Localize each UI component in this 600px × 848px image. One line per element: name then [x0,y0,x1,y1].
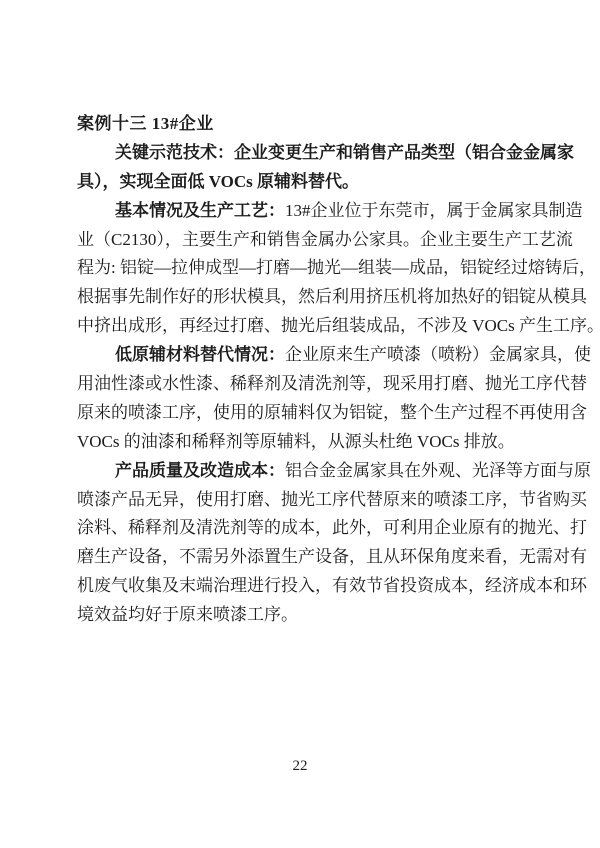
text-line: 喷漆产品无异，使用打磨、抛光工序代替原来的喷漆工序，节省购买 [77,486,524,515]
text-line: 产品质量及改造成本：铝合金金属家具在外观、光泽等方面与原 [77,457,524,486]
text-line: 涂料、稀释剂及清洗剂等的成本，此外，可利用企业原有的抛光、打 [77,514,524,543]
paragraph-material-substitution: 低原辅材料替代情况：企业原来生产喷漆（喷粉）金属家具，使 用油性漆或水性漆、稀释… [77,341,524,457]
document-page: 案例十三 13#企业 关键示范技术：企业变更生产和销售产品类型（铝合金金属家 具… [0,0,600,848]
paragraph-quality-and-cost: 产品质量及改造成本：铝合金金属家具在外观、光泽等方面与原 喷漆产品无异，使用打磨… [77,457,524,630]
text-line: 磨生产设备，不需另外添置生产设备，且从环保角度来看，无需对有 [77,543,524,572]
text-line: 用油性漆或水性漆、稀释剂及清洗剂等，现采用打磨、抛光工序代替 [77,370,524,399]
text-run: 13#企业位于东莞市，属于金属家具制造 [285,201,583,220]
text-line: VOCs 的油漆和稀释剂等原辅料，从源头杜绝 VOCs 排放。 [77,428,524,457]
paragraph-label: 基本情况及生产工艺： [115,201,285,220]
text-line: 基本情况及生产工艺：13#企业位于东莞市，属于金属家具制造 [77,197,524,226]
paragraph-label: 产品质量及改造成本： [115,461,285,480]
document-body: 案例十三 13#企业 关键示范技术：企业变更生产和销售产品类型（铝合金金属家 具… [77,110,524,630]
text-line: 程为: 铝锭—拉伸成型—打磨—抛光—组装—成品，铝锭经过熔铸后， [77,254,524,283]
paragraph-basic-info: 基本情况及生产工艺：13#企业位于东莞市，属于金属家具制造 业（C2130），主… [77,197,524,341]
text-run: 企业变更生产和销售产品类型（铝合金金属家 [234,143,574,162]
text-line: 机废气收集及末端治理进行投入，有效节省投资成本，经济成本和环 [77,572,524,601]
page-number: 22 [0,756,600,776]
text-run: 铝合金金属家具在外观、光泽等方面与原 [285,461,591,480]
text-line: 具），实现全面低 VOCs 原辅料替代。 [77,168,524,197]
case-heading: 案例十三 13#企业 [77,110,524,139]
paragraph-label: 关键示范技术： [115,143,234,162]
text-run: 企业原来生产喷漆（喷粉）金属家具，使 [285,345,591,364]
text-line: 中挤出成形，再经过打磨、抛光后组装成品，不涉及 VOCs 产生工序。 [77,312,524,341]
text-line: 境效益均好于原来喷漆工序。 [77,601,524,630]
text-line: 关键示范技术：企业变更生产和销售产品类型（铝合金金属家 [77,139,524,168]
text-line: 原来的喷漆工序，使用的原辅料仅为铝锭，整个生产过程不再使用含 [77,399,524,428]
text-line: 根据事先制作好的形状模具，然后利用挤压机将加热好的铝锭从模具 [77,283,524,312]
paragraph-label: 低原辅材料替代情况： [115,345,285,364]
text-line: 业（C2130），主要生产和销售金属办公家具。企业主要生产工艺流 [77,226,524,255]
text-line: 低原辅材料替代情况：企业原来生产喷漆（喷粉）金属家具，使 [77,341,524,370]
paragraph-key-technology: 关键示范技术：企业变更生产和销售产品类型（铝合金金属家 具），实现全面低 VOC… [77,139,524,197]
